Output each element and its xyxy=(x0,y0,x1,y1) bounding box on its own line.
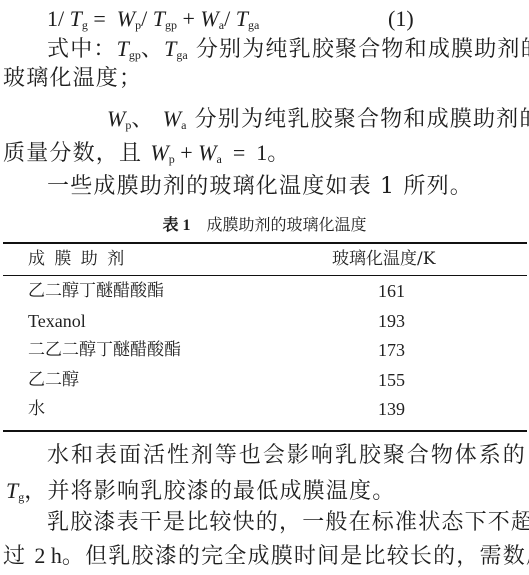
para-text: + xyxy=(175,140,198,165)
table-cell-agent: Texanol xyxy=(28,309,86,333)
table-top-rule xyxy=(3,242,527,244)
equation-W: W xyxy=(200,6,218,31)
symbol-T: T xyxy=(164,36,176,61)
equation-T: T xyxy=(236,6,248,31)
para-text: = 1。 xyxy=(222,140,289,165)
para-table-intro: 一些成膜助剂的玻璃化温度如表 1 所列。 xyxy=(47,172,473,202)
equation-1: 1/ Tg = Wp/ Tgp + Wa/ Tga xyxy=(47,4,259,34)
para-text: 2 h xyxy=(34,543,62,568)
para-text: 、 xyxy=(141,37,164,62)
equation-lhs-prefix: 1/ xyxy=(47,6,70,31)
equation-lhs-T: T xyxy=(70,6,82,31)
symbol-W: W xyxy=(107,106,125,131)
para-text: 质量分数，且 xyxy=(3,141,150,166)
para-drying-line1: 乳胶漆表干是比较快的，一般在标准状态下不超 xyxy=(3,508,526,538)
table-cell-agent: 乙二醇 xyxy=(28,368,79,392)
symbol-W: W xyxy=(198,140,216,165)
table-caption-text: 成膜助剂的玻璃化温度 xyxy=(207,215,367,234)
para-mass-fraction-line1: Wp、 Wa 分别为纯乳胶聚合物和成膜助剂的 xyxy=(3,104,526,135)
table-caption: 表 1成膜助剂的玻璃化温度 xyxy=(0,214,529,237)
para-mass-fraction-line2: 质量分数，且 Wp + Wa = 1。 xyxy=(3,138,289,169)
table-caption-number: 表 1 xyxy=(162,217,190,234)
table-cell-tg: 139 xyxy=(378,397,405,421)
para-drying-line2: 过 2 h。但乳胶漆的完全成膜时间是比较长的，需数周 xyxy=(3,541,526,572)
table-header-rule xyxy=(3,275,527,276)
para-text: 过 xyxy=(3,544,34,569)
table-cell-agent: 二乙二醇丁醚醋酸酯 xyxy=(28,338,181,362)
equation-plus: + xyxy=(177,6,200,31)
table-cell-tg: 173 xyxy=(378,338,405,362)
equation-slash: / xyxy=(141,6,153,31)
symbol-T: T xyxy=(117,36,129,61)
symbol-W: W xyxy=(150,140,168,165)
table-cell-agent: 乙二醇丁醚醋酸酯 xyxy=(28,279,164,303)
equation-T: T xyxy=(153,6,165,31)
equation-W: W xyxy=(117,6,135,31)
table-cell-tg: 193 xyxy=(378,309,405,333)
symbol-sub: ga xyxy=(176,48,187,62)
para-text: 分别为纯乳胶聚合物和成膜助剂的 xyxy=(186,107,529,132)
para-definition-line2: 玻璃化温度； xyxy=(3,64,142,94)
para-text: 分别为纯乳胶聚合物和成膜助剂的 xyxy=(188,37,529,62)
table-header-tg: 玻璃化温度/K xyxy=(332,247,435,271)
table-cell-agent: 水 xyxy=(28,397,45,421)
table-cell-tg: 155 xyxy=(378,368,405,392)
equation-number: (1) xyxy=(388,4,414,34)
para-text: 、 xyxy=(131,107,162,132)
equation-equals: = xyxy=(88,6,111,31)
equation-sub: ga xyxy=(248,18,259,32)
para-text: 。但乳胶漆的完全成膜时间是比较长的，需数周 xyxy=(62,544,529,569)
para-surfactant-line1: 水和表面活性剂等也会影响乳胶聚合物体系的 xyxy=(3,441,526,471)
symbol-T: T xyxy=(6,478,18,503)
symbol-sub: gp xyxy=(129,48,141,62)
para-definition-line1: 式中：Tgp、Tga 分别为纯乳胶聚合物和成膜助剂的 xyxy=(3,34,526,65)
table-bottom-rule xyxy=(3,430,527,432)
table-cell-tg: 161 xyxy=(378,279,405,303)
para-text: ，并将影响乳胶漆的最低成膜温度。 xyxy=(24,479,395,504)
equation-sub: gp xyxy=(165,18,177,32)
symbol-W: W xyxy=(163,106,181,131)
table-header-agent: 成 膜 助 剂 xyxy=(28,247,126,271)
para-surfactant-line2: Tg，并将影响乳胶漆的最低成膜温度。 xyxy=(6,476,395,507)
para-text: 式中： xyxy=(47,37,117,62)
equation-slash: / xyxy=(224,6,236,31)
